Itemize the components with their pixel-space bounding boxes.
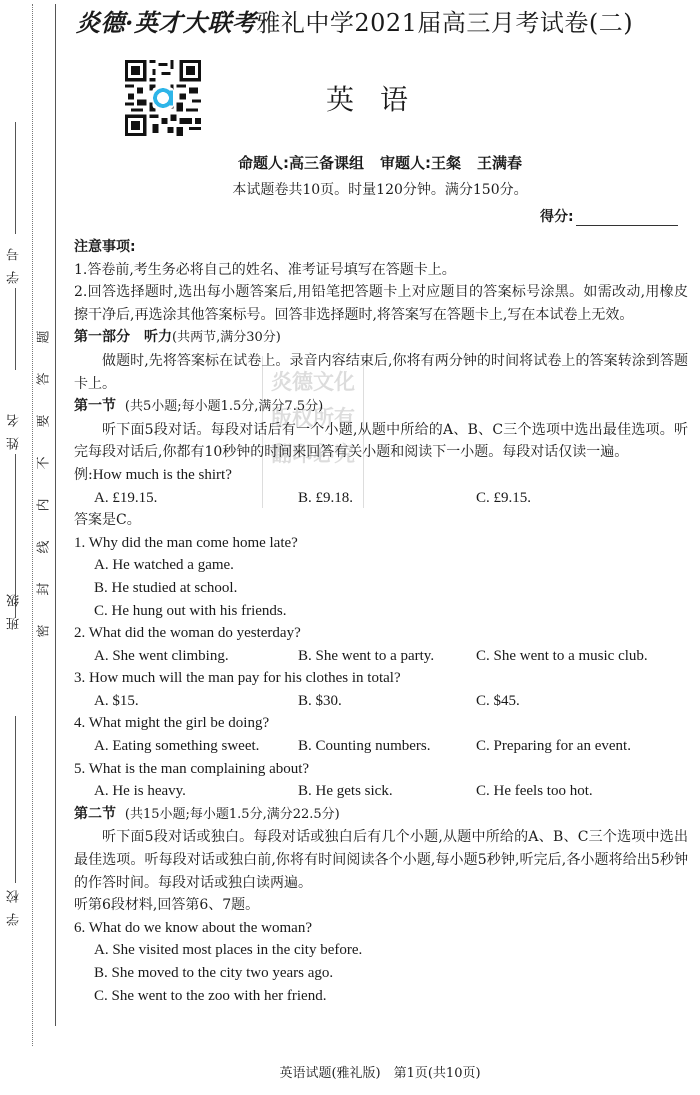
score-field[interactable]: 得分: <box>540 206 678 226</box>
q4-option-a: A. Eating something sweet. <box>94 735 298 758</box>
section2-note: (共15小题;每小题1.5分,满分22.5分) <box>125 807 340 822</box>
q2-option-a: A. She went climbing. <box>94 645 298 668</box>
section1-heading: 第一节 (共5小题;每小题1.5分,满分7.5分) <box>74 395 688 419</box>
section1-note: (共5小题;每小题1.5分,满分7.5分) <box>125 399 323 414</box>
student-id-label: 学号 <box>8 238 22 284</box>
setter-label: 命题人:高三备课组 <box>238 154 364 172</box>
q3-option-a: A. $15. <box>94 690 298 713</box>
exam-title-text: 雅礼中学2021届高三月考试卷(二) <box>256 9 633 37</box>
part1-instruction: 做题时,先将答案标在试卷上。录音内容结束后,你将有两分钟的时间将试卷上的答案转涂… <box>74 350 688 395</box>
seal-warning: 题 答 要 不 内 线 封 密 <box>36 326 54 642</box>
q1-option-a: A. He watched a game. <box>74 554 688 577</box>
q3-options: A. $15. B. $30. C. $45. <box>74 690 688 713</box>
example-label: 例: <box>74 467 93 483</box>
seal-char: 答 <box>34 372 56 385</box>
seal-char: 要 <box>34 414 56 427</box>
subject-title: 英语 <box>300 78 460 118</box>
section1-title: 第一节 <box>74 398 116 414</box>
class-blank-wrap[interactable] <box>4 604 26 612</box>
exam-title: 炎德·英才大联考雅礼中学2021届高三月考试卷(二) <box>76 8 696 38</box>
authors-line: 命题人:高三备课组审题人:王粲王满春 <box>70 152 690 173</box>
section1-instruction: 听下面5段对话。每段对话后有一个小题,从题中所给的A、B、C三个选项中选出最佳选… <box>74 419 688 464</box>
part1-title: 第一部分 听力 <box>74 329 172 345</box>
q1-option-b: B. He studied at school. <box>74 577 688 600</box>
page-footer: 英语试题(雅礼版) 第1页(共10页) <box>70 1062 690 1081</box>
exam-content: 注意事项: 1.答卷前,考生务必将自己的姓名、准考证号填写在答题卡上。 2.回答… <box>74 236 688 1007</box>
q6-option-a: A. She visited most places in the city b… <box>74 939 688 962</box>
exam-brand: 炎德·英才大联考 <box>76 8 256 37</box>
question-3: 3. How much will the man pay for his clo… <box>74 667 688 690</box>
part1-heading: 第一部分 听力(共两节,满分30分) <box>74 326 688 350</box>
school-blank[interactable] <box>15 716 16 883</box>
seal-char: 内 <box>34 498 56 511</box>
notes-title: 注意事项: <box>74 236 688 259</box>
q3-option-b: B. $30. <box>298 690 476 713</box>
example-answer: 答案是C。 <box>74 509 688 532</box>
q4-option-b: B. Counting numbers. <box>298 735 476 758</box>
seal-char: 线 <box>34 540 56 553</box>
example-option-c: C. £9.15. <box>476 487 531 510</box>
material-note: 听第6段材料,回答第6、7题。 <box>74 894 688 917</box>
section2-instruction: 听下面5段对话或独白。每段对话或独白后有几个小题,从题中所给的A、B、C三个选项… <box>74 826 688 894</box>
question-6: 6. What do we know about the woman? <box>74 917 688 940</box>
seal-char: 封 <box>34 582 56 595</box>
q3-option-c: C. $45. <box>476 690 520 713</box>
school-label: 学校 <box>8 880 22 926</box>
student-id-blank[interactable] <box>15 122 16 234</box>
student-id-field[interactable]: 学号 <box>4 118 26 374</box>
binding-dotted-line <box>32 4 33 1046</box>
qr-code-icon[interactable] <box>125 60 201 136</box>
q2-option-c: C. She went to a music club. <box>476 645 648 668</box>
note-item-2: 2.回答选择题时,选出每小题答案后,用铅笔把答题卡上对应题目的答案标号涂黑。如需… <box>74 281 688 326</box>
q5-option-a: A. He is heavy. <box>94 780 298 803</box>
question-5: 5. What is the man complaining about? <box>74 758 688 781</box>
student-id-blank-lower <box>15 288 16 370</box>
seal-char: 题 <box>34 330 56 343</box>
question-1: 1. Why did the man come home late? <box>74 532 688 555</box>
example-option-a: A. £19.15. <box>94 487 298 510</box>
reviewer-label: 审题人:王粲 <box>380 154 461 172</box>
note-item-1: 1.答卷前,考生务必将自己的姓名、准考证号填写在答题卡上。 <box>74 259 688 282</box>
question-2: 2. What did the woman do yesterday? <box>74 622 688 645</box>
part1-note: (共两节,满分30分) <box>172 330 281 345</box>
example-text: How much is the shirt? <box>93 467 232 483</box>
q2-option-b: B. She went to a party. <box>298 645 476 668</box>
q6-option-b: B. She moved to the city two years ago. <box>74 962 688 985</box>
seal-char: 不 <box>34 456 56 469</box>
q4-option-c: C. Preparing for an event. <box>476 735 631 758</box>
q6-option-c: C. She went to the zoo with her friend. <box>74 985 688 1008</box>
school-field[interactable]: 学校 <box>4 880 26 926</box>
question-4: 4. What might the girl be doing? <box>74 712 688 735</box>
seal-char: 密 <box>34 624 56 637</box>
exam-info: 本试题卷共10页。时量120分钟。满分150分。 <box>70 179 690 199</box>
q5-option-c: C. He feels too hot. <box>476 780 593 803</box>
section2-heading: 第二节 (共15小题;每小题1.5分,满分22.5分) <box>74 803 688 827</box>
example-option-b: B. £9.18. <box>298 487 476 510</box>
name-label: 姓名 <box>8 404 22 450</box>
q2-options: A. She went climbing. B. She went to a p… <box>74 645 688 668</box>
example-options: A. £19.15. B. £9.18. C. £9.15. <box>74 487 688 510</box>
reviewer-second: 王满春 <box>477 154 522 172</box>
q4-options: A. Eating something sweet. B. Counting n… <box>74 735 688 758</box>
example-question: 例:How much is the shirt? <box>74 464 688 487</box>
q5-options: A. He is heavy. B. He gets sick. C. He f… <box>74 780 688 803</box>
q1-option-c: C. He hung out with his friends. <box>74 600 688 623</box>
q5-option-b: B. He gets sick. <box>298 780 476 803</box>
score-blank[interactable] <box>576 211 678 226</box>
score-label: 得分: <box>540 209 574 225</box>
section2-title: 第二节 <box>74 806 116 822</box>
binding-solid-line <box>55 4 56 1026</box>
